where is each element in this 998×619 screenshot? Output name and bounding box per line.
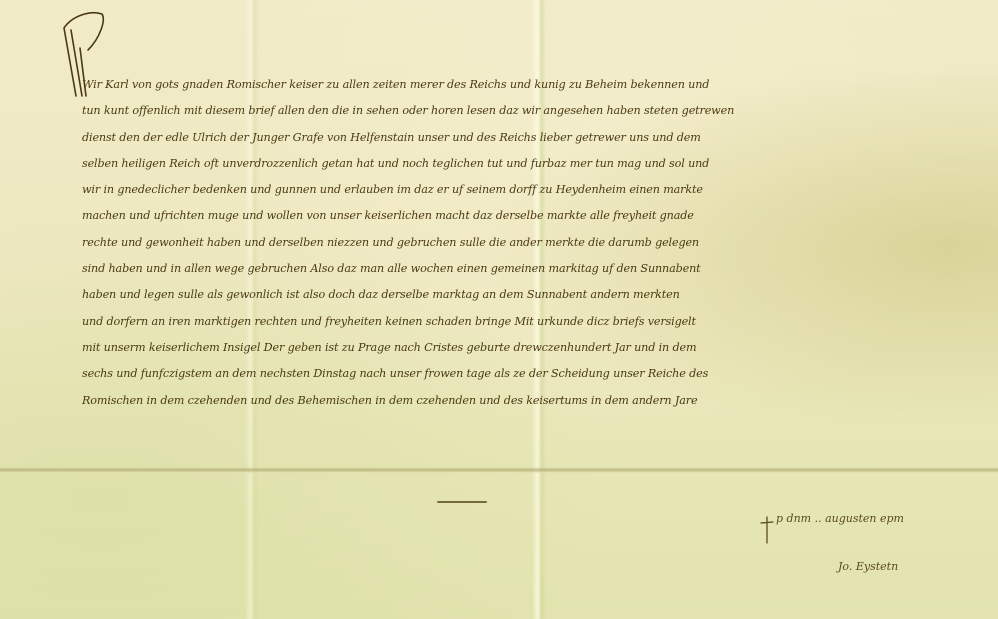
charter-parchment: Wir Karl von gots gnaden Romischer keise… bbox=[0, 0, 998, 619]
charter-line: und dorfern an iren marktigen rechten un… bbox=[82, 309, 922, 335]
horizontal-fold-crease bbox=[0, 467, 998, 473]
chancery-note: p dnm .. augusten epm bbox=[776, 512, 904, 525]
charter-body-text: Wir Karl von gots gnaden Romischer keise… bbox=[82, 72, 922, 414]
charter-line: selben heiligen Reich oft unverdrozzenli… bbox=[82, 151, 922, 177]
cross-mark-icon bbox=[760, 515, 774, 545]
scribe-signature: Jo. Eystetn bbox=[838, 560, 898, 573]
charter-line: Wir Karl von gots gnaden Romischer keise… bbox=[82, 72, 922, 98]
charter-line: sind haben und in allen wege gebruchen A… bbox=[82, 256, 922, 282]
charter-line: wir in gnedeclicher bedenken und gunnen … bbox=[82, 177, 922, 203]
charter-line: haben und legen sulle als gewonlich ist … bbox=[82, 282, 922, 308]
separator-stroke bbox=[437, 501, 487, 503]
charter-line: sechs und funfczigstem an dem nechsten D… bbox=[82, 361, 922, 387]
charter-line: rechte und gewonheit haben und derselben… bbox=[82, 230, 922, 256]
charter-line: machen und ufrichten muge und wollen von… bbox=[82, 203, 922, 229]
charter-line: Romischen in dem czehenden und des Behem… bbox=[82, 388, 922, 414]
charter-line: tun kunt offenlich mit diesem brief alle… bbox=[82, 98, 922, 124]
charter-line: mit unserm keiserlichem Insigel Der gebe… bbox=[82, 335, 922, 361]
charter-line: dienst den der edle Ulrich der Junger Gr… bbox=[82, 125, 922, 151]
